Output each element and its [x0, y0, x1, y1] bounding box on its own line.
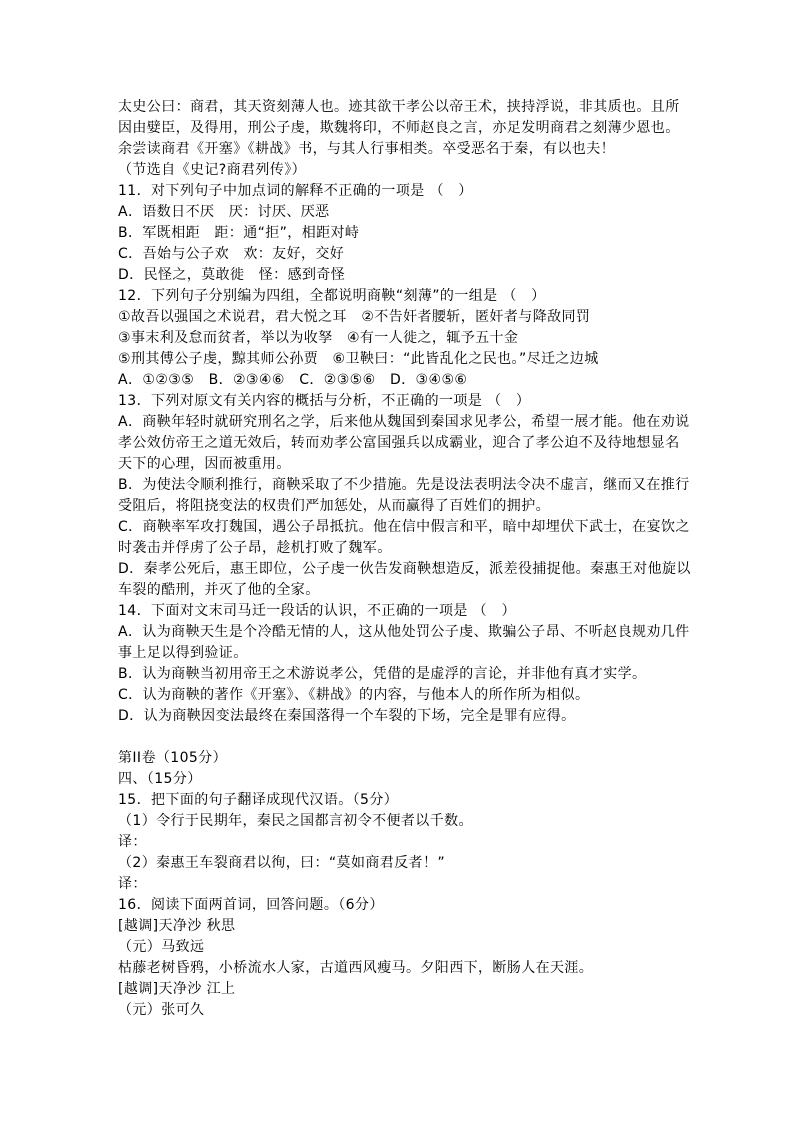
question-12-options: A．①②③⑤ B．②③④⑥ C．②③⑤⑥ D．③④⑤⑥	[118, 370, 682, 391]
question-15-sentence-1: （1）令行于民期年，秦民之国都言初令不便者以千数。	[118, 811, 682, 832]
poem-2-title: [越调]天净沙 江上	[118, 979, 682, 1000]
translation-label: 译：	[118, 832, 682, 853]
question-12-stem: 12．下列句子分别编为四组，全都说明商鞅“刻薄”的一组是 （ ）	[118, 286, 682, 307]
text-line: 因由嬖臣，及得用，刑公子虔，欺魏将印，不师赵良之言，亦足发明商君之刻薄少恩也。	[118, 118, 682, 139]
question-13-stem: 13．下列对原文有关内容的概括与分析，不正确的一项是 （ ）	[118, 391, 682, 412]
poem-1-title: [越调]天净沙 秋思	[118, 916, 682, 937]
section-2-heading: 第II卷（105分）	[118, 748, 682, 769]
poem-1-author: （元）马致远	[118, 937, 682, 958]
question-13-option-d: D．秦孝公死后，惠王即位，公子虔一伙告发商鞅想造反，派差役捕捉他。秦惠王对他旋以	[118, 559, 682, 580]
question-14-option-d: D．认为商鞅因变法最终在秦国落得一个车裂的下场，完全是罪有应得。	[118, 706, 682, 727]
question-15-stem: 15．把下面的句子翻译成现代汉语。（5分）	[118, 790, 682, 811]
question-11-option-d: D．民怪之，莫敢徙 怪：感到奇怪	[118, 265, 682, 286]
text-line: 余尝读商君《开塞》《耕战》书，与其人行事相类。卒受恶名于秦，有以也夫！	[118, 139, 682, 160]
question-13-option-a-cont: 天下的心理，因而被重用。	[118, 454, 682, 475]
question-11-stem: 11．对下列句子中加点词的解释不正确的一项是 （ ）	[118, 181, 682, 202]
question-16-stem: 16．阅读下面两首词，回答问题。（6分）	[118, 895, 682, 916]
question-13-option-a: A．商鞅年轻时就研究刑名之学，后来他从魏国到秦国求见孝公，希望一展才能。他在劝说	[118, 412, 682, 433]
poem-1-body: 枯藤老树昏鸦，小桥流水人家，古道西风瘦马。夕阳西下，断肠人在天涯。	[118, 958, 682, 979]
question-14-stem: 14．下面对文末司马迁一段话的认识，不正确的一项是 （ ）	[118, 601, 682, 622]
blank-line	[118, 727, 682, 748]
question-14-option-b: B．认为商鞅当初用帝王之术游说孝公，凭借的是虚浮的言论，并非他有真才实学。	[118, 664, 682, 685]
question-14-option-a-cont: 事上足以得到验证。	[118, 643, 682, 664]
question-13-option-a-cont: 孝公效仿帝王之道无效后，转而劝孝公富国强兵以成霸业，迎合了孝公迫不及待地想显名	[118, 433, 682, 454]
question-14-option-c: C．认为商鞅的著作《开塞》、《耕战》的内容，与他本人的所作所为相似。	[118, 685, 682, 706]
text-line: 太史公曰：商君，其天资刻薄人也。迹其欲干孝公以帝王术，挟持浮说，非其质也。且所	[118, 97, 682, 118]
question-14-option-a: A．认为商鞅天生是个冷酷无情的人，这从他处罚公子虔、欺骗公子昂、不听赵良规劝几件	[118, 622, 682, 643]
text-line-source-note: （节选自《史记?商君列传》）	[118, 160, 682, 181]
question-12-items-3-4: ③事末利及怠而贫者，举以为收孥 ④有一人徙之，辄予五十金	[118, 328, 682, 349]
part-4-heading: 四、（15分）	[118, 769, 682, 790]
question-12-items-1-2: ①故吾以强国之术说君，君大悦之耳 ②不告奸者腰斩，匿奸者与降敌同罚	[118, 307, 682, 328]
exam-document-page: 太史公曰：商君，其天资刻薄人也。迹其欲干孝公以帝王术，挟持浮说，非其质也。且所 …	[118, 97, 682, 1021]
question-13-option-c-cont: 时袭击并俘虏了公子昂，趁机打败了魏军。	[118, 538, 682, 559]
question-13-option-b-cont: 受阻后，将阻挠变法的权贵们严加惩处，从而赢得了百姓们的拥护。	[118, 496, 682, 517]
question-13-option-b: B．为使法令顺利推行，商鞅采取了不少措施。先是设法表明法令决不虚言，继而又在推行	[118, 475, 682, 496]
question-12-items-5-6: ⑤刑其傅公子虔，黥其师公孙贾 ⑥卫鞅曰：“此皆乱化之民也。”尽迁之边城	[118, 349, 682, 370]
question-11-option-c: C．吾始与公子欢 欢：友好，交好	[118, 244, 682, 265]
question-13-option-d-cont: 车裂的酷刑，并灭了他的全家。	[118, 580, 682, 601]
poem-2-author: （元）张可久	[118, 1000, 682, 1021]
question-11-option-a: A．语数日不厌 厌：讨厌、厌恶	[118, 202, 682, 223]
translation-label: 译：	[118, 874, 682, 895]
question-15-sentence-2: （2）秦惠王车裂商君以徇，曰：“莫如商君反者！”	[118, 853, 682, 874]
question-13-option-c: C．商鞅率军攻打魏国，遇公子昂抵抗。他在信中假言和平，暗中却埋伏下武士，在宴饮之	[118, 517, 682, 538]
question-11-option-b: B．军既相距 距：通“拒”，相距对峙	[118, 223, 682, 244]
